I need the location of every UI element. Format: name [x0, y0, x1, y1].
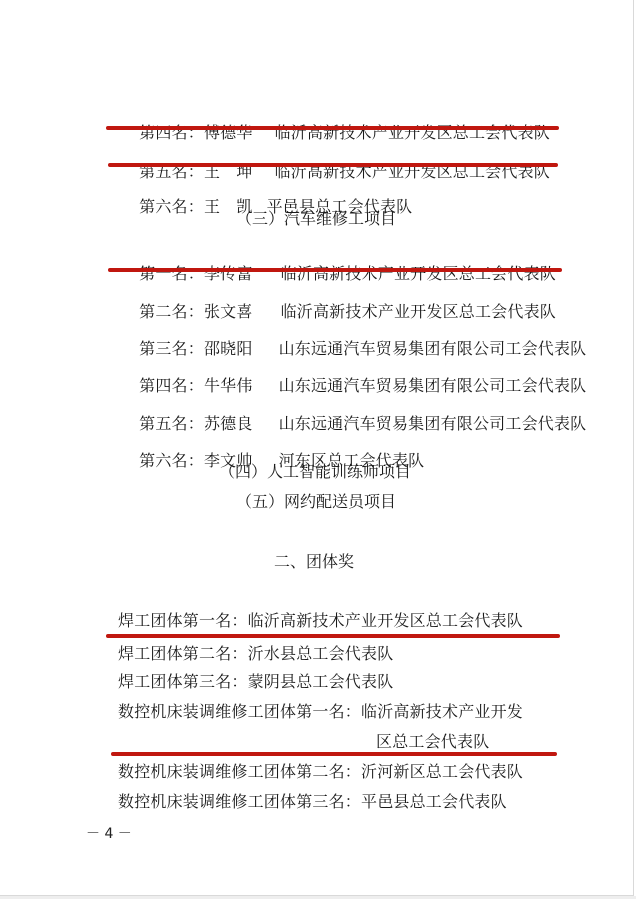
- red-underline: [108, 163, 558, 167]
- rank-label: 第六名：: [139, 451, 204, 471]
- ranking-row: 第四名：傅德华临沂高新技术产业开发区总工会代表队: [118, 103, 550, 123]
- team-award-row: 数控机床装调维修工团体第三名：平邑县总工会代表队: [118, 792, 507, 812]
- winner-name: 牛华伟: [204, 376, 253, 396]
- team-award-row: 焊工团体第三名：蒙阴县总工会代表队: [118, 672, 393, 692]
- project-heading: （三）汽车维修工项目: [236, 209, 396, 229]
- ranking-row: 第四名：牛华伟山东远通汽车贸易集团有限公司工会代表队: [118, 356, 586, 376]
- team-award-row-continuation: 区总工会代表队: [376, 732, 489, 752]
- winner-name: 李传富: [204, 264, 253, 284]
- ranking-row: 第六名：王 凯平邑县总工会代表队: [118, 177, 412, 197]
- team-award-row: 数控机床装调维修工团体第二名：沂河新区总工会代表队: [118, 762, 523, 782]
- team-award-row: 焊工团体第二名：沂水县总工会代表队: [118, 644, 393, 664]
- red-underline: [108, 268, 562, 272]
- red-underline: [106, 634, 560, 638]
- ranking-row: 第二名：张文喜临沂高新技术产业开发区总工会代表队: [118, 282, 556, 302]
- ranking-row: 第三名：邵晓阳山东远通汽车贸易集团有限公司工会代表队: [118, 319, 586, 339]
- ranking-row: 第六名：李文帅河东区总工会代表队: [118, 431, 424, 451]
- rank-label: 第四名：: [139, 376, 204, 396]
- project-heading: （五）网约配送员项目: [236, 492, 396, 512]
- rank-label: 第六名：: [139, 197, 204, 217]
- ranking-row: 第一名：李传富临沂高新技术产业开发区总工会代表队: [118, 244, 556, 264]
- ranking-row: 第五名：王 坤临沂高新技术产业开发区总工会代表队: [118, 142, 550, 162]
- team-name: 临沂高新技术产业开发区总工会代表队: [281, 264, 556, 284]
- section-heading: 二、团体奖: [274, 552, 354, 572]
- red-underline: [106, 126, 559, 130]
- team-award-row: 数控机床装调维修工团体第一名：临沂高新技术产业开发: [118, 702, 523, 722]
- page-number: － 4 －: [86, 826, 132, 842]
- rank-label: 第一名：: [139, 264, 204, 284]
- ranking-row: 第五名：苏德良山东远通汽车贸易集团有限公司工会代表队: [118, 394, 586, 414]
- project-heading: （四）人工智能训练师项目: [219, 462, 411, 482]
- document-page: 第四名：傅德华临沂高新技术产业开发区总工会代表队 第五名：王 坤临沂高新技术产业…: [0, 0, 634, 896]
- team-award-row: 焊工团体第一名：临沂高新技术产业开发区总工会代表队: [118, 611, 523, 631]
- team-name: 山东远通汽车贸易集团有限公司工会代表队: [279, 376, 587, 396]
- red-underline: [111, 752, 557, 756]
